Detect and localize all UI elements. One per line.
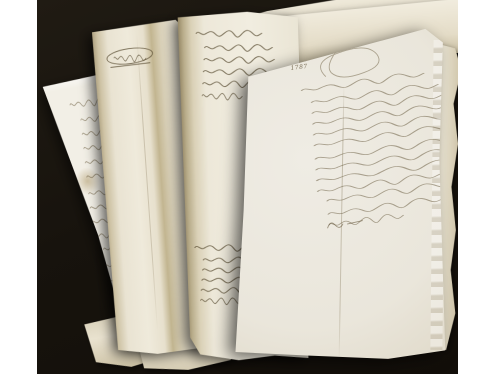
paper-sheet: 1777 22. 1787 — [225, 22, 458, 364]
auction-photo-scene: 1777 22. 1787 — [0, 0, 500, 374]
fold-crease — [136, 33, 158, 332]
manuscript-photo: 1777 22. 1787 — [37, 0, 458, 374]
manuscript-letter-front: 1777 22. 1787 — [225, 22, 458, 364]
letter-body-handwriting — [216, 0, 458, 373]
docket-title-circled — [103, 45, 157, 73]
letter-ink-layer: 1777 22. 1787 — [216, 0, 458, 373]
annotation-year-1: 1777 — [270, 49, 307, 60]
